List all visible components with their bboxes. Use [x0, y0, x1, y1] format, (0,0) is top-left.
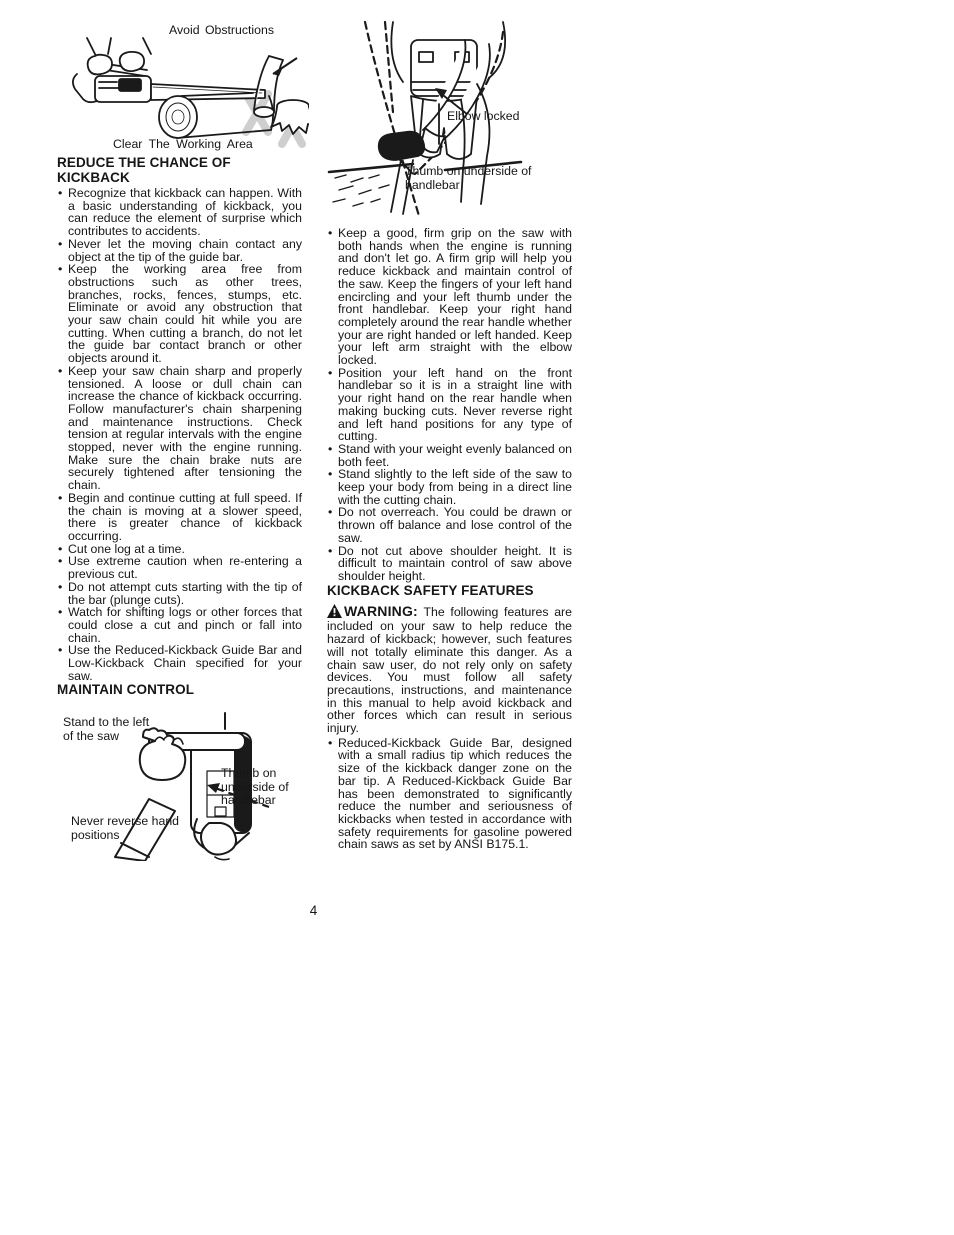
- list-item: Keep a good, firm grip on the saw with b…: [327, 227, 572, 367]
- stand-left-label: Stand to the left of the saw: [63, 716, 155, 743]
- list-item: Do not attempt cuts starting with the ti…: [57, 581, 302, 606]
- list-item: Watch for shifting logs or other forces …: [57, 606, 302, 644]
- warning-label: WARNING:: [344, 603, 418, 619]
- maintain-control-list: Keep a good, firm grip on the saw with b…: [327, 227, 572, 583]
- warning-paragraph: WARNING: The following features are incl…: [327, 604, 572, 735]
- figure-clear-working-area: Avoid Obstructions Clear The Working Are…: [57, 24, 309, 156]
- list-item: Use extreme caution when re-entering a p…: [57, 555, 302, 580]
- right-column: Elbow locked Thumb on underside of handl…: [327, 20, 572, 851]
- list-item: Never let the moving chain contact any o…: [57, 238, 302, 263]
- thumb-underside-label: Thumb on underside of handlebar: [221, 767, 305, 808]
- avoid-obstructions-label: Avoid Obstructions: [169, 24, 274, 38]
- reduce-kickback-list: Recognize that kickback can happen. With…: [57, 187, 302, 682]
- list-item: Keep your saw chain sharp and properly t…: [57, 365, 302, 492]
- never-reverse-label: Never reverse hand positions: [71, 815, 183, 842]
- figure-grip-closeup: Stand to the left of the saw Thumb on un…: [57, 711, 307, 861]
- page-number: 4: [57, 903, 570, 918]
- list-item: Reduced-Kickback Guide Bar, designed wit…: [327, 737, 572, 851]
- list-item: Stand with your weight evenly balanced o…: [327, 443, 572, 468]
- list-item: Do not overreach. You could be drawn or …: [327, 506, 572, 544]
- list-item: Position your left hand on the front han…: [327, 367, 572, 443]
- list-item: Do not cut above shoulder height. It is …: [327, 545, 572, 583]
- manual-page: Avoid Obstructions Clear The Working Are…: [0, 0, 954, 1235]
- figure-cutting-stance: Elbow locked Thumb on underside of handl…: [327, 20, 572, 225]
- list-item: Begin and continue cutting at full speed…: [57, 492, 302, 543]
- heading-kickback-safety-features: KICKBACK SAFETY FEATURES: [327, 583, 572, 598]
- heading-reduce-kickback: REDUCE THE CHANCE OF KICKBACK: [57, 155, 262, 185]
- warning-triangle-icon: [327, 604, 342, 621]
- safety-features-list: Reduced-Kickback Guide Bar, designed wit…: [327, 737, 572, 851]
- left-column: REDUCE THE CHANCE OF KICKBACK Recognize …: [57, 155, 302, 861]
- heading-maintain-control: MAINTAIN CONTROL: [57, 682, 302, 697]
- thumb-underside-label: Thumb on underside of handlebar: [405, 165, 555, 192]
- clear-working-area-caption: Clear The Working Area: [113, 138, 253, 152]
- list-item: Recognize that kickback can happen. With…: [57, 187, 302, 238]
- elbow-locked-label: Elbow locked: [447, 110, 519, 124]
- list-item: Keep the working area free from obstruct…: [57, 263, 302, 365]
- warning-text: The following features are included on y…: [327, 605, 572, 735]
- list-item: Use the Reduced-Kickback Guide Bar and L…: [57, 644, 302, 682]
- list-item: Stand slightly to the left side of the s…: [327, 468, 572, 506]
